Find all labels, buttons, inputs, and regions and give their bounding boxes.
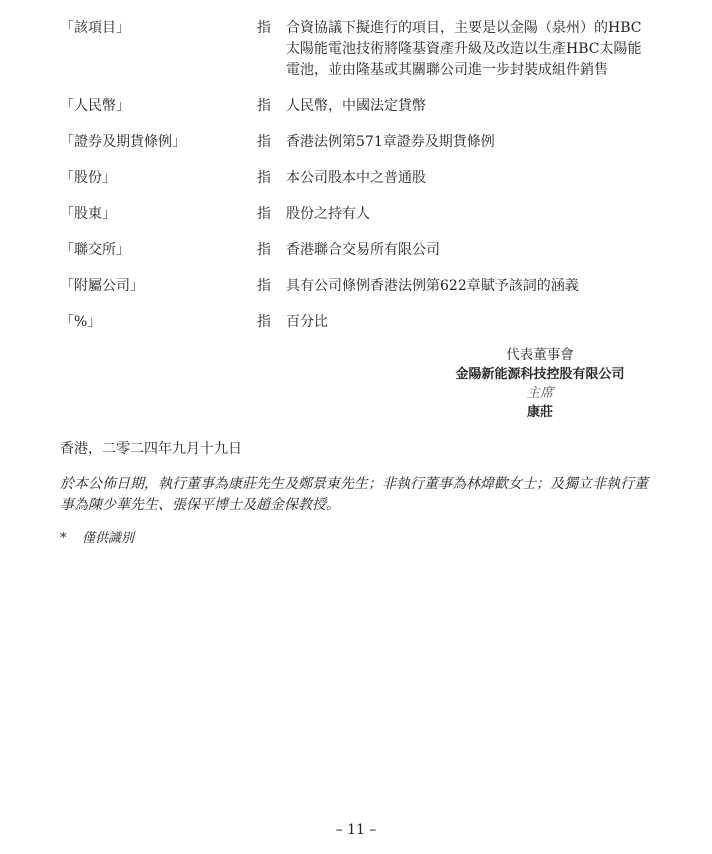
signature-block: 代表董事會 金陽新能源科技控股有限公司 主席 康莊 bbox=[420, 346, 660, 422]
definition-term: 「人民幣」 bbox=[60, 96, 257, 117]
definition-row: 「股份」 指 本公司股本中之普通股 bbox=[60, 168, 660, 189]
definition-means: 指 bbox=[257, 18, 286, 81]
definition-text: 本公司股本中之普通股 bbox=[286, 168, 651, 189]
definition-row: 「股東」 指 股份之持有人 bbox=[60, 204, 660, 225]
signatory-name: 康莊 bbox=[420, 403, 660, 422]
date-line: 香港，二零二四年九月十九日 bbox=[60, 439, 242, 460]
definition-row: 「附屬公司」 指 具有公司條例香港法例第622章賦予該詞的涵義 bbox=[60, 276, 660, 297]
definition-text: 香港聯合交易所有限公司 bbox=[286, 240, 651, 261]
definition-row: 「該項目」 指 合資協議下擬進行的項目，主要是以金陽（泉州）的HBC太陽能電池技… bbox=[60, 18, 660, 81]
definition-text: 股份之持有人 bbox=[286, 204, 651, 225]
footnote-marker: * bbox=[60, 529, 82, 548]
definition-term: 「股份」 bbox=[60, 168, 257, 189]
definition-means: 指 bbox=[257, 204, 286, 225]
definition-term: 「%」 bbox=[60, 312, 257, 333]
definition-text: 具有公司條例香港法例第622章賦予該詞的涵義 bbox=[286, 276, 651, 297]
definition-means: 指 bbox=[257, 168, 286, 189]
definition-term: 「證券及期貨條例」 bbox=[60, 132, 257, 153]
definition-term: 「附屬公司」 bbox=[60, 276, 257, 297]
definition-means: 指 bbox=[257, 276, 286, 297]
definition-row: 「證券及期貨條例」 指 香港法例第571章證券及期貨條例 bbox=[60, 132, 660, 153]
definition-means: 指 bbox=[257, 132, 286, 153]
definition-means: 指 bbox=[257, 312, 286, 333]
signatory-title: 主席 bbox=[420, 384, 660, 403]
definition-term: 「聯交所」 bbox=[60, 240, 257, 261]
definition-means: 指 bbox=[257, 96, 286, 117]
definition-text: 人民幣，中國法定貨幣 bbox=[286, 96, 651, 117]
definitions-list: 「該項目」 指 合資協議下擬進行的項目，主要是以金陽（泉州）的HBC太陽能電池技… bbox=[60, 18, 660, 348]
company-name: 金陽新能源科技控股有限公司 bbox=[420, 365, 660, 384]
definition-row: 「聯交所」 指 香港聯合交易所有限公司 bbox=[60, 240, 660, 261]
on-behalf-line: 代表董事會 bbox=[420, 346, 660, 365]
definition-row: 「%」 指 百分比 bbox=[60, 312, 660, 333]
directors-statement: 於本公佈日期，執行董事為康莊先生及鄭景東先生；非執行董事為林煒歡女士；及獨立非執… bbox=[60, 474, 650, 516]
definition-text: 合資協議下擬進行的項目，主要是以金陽（泉州）的HBC太陽能電池技術將隆基資產升級… bbox=[286, 18, 651, 81]
definition-text: 香港法例第571章證券及期貨條例 bbox=[286, 132, 651, 153]
definition-term: 「股東」 bbox=[60, 204, 257, 225]
definition-means: 指 bbox=[257, 240, 286, 261]
definition-text: 百分比 bbox=[286, 312, 651, 333]
footnote-text: 僅供識別 bbox=[82, 531, 134, 546]
definition-term: 「該項目」 bbox=[60, 18, 257, 81]
footnote: *僅供識別 bbox=[60, 529, 134, 548]
definition-row: 「人民幣」 指 人民幣，中國法定貨幣 bbox=[60, 96, 660, 117]
page-number: – 11 – bbox=[0, 822, 712, 838]
